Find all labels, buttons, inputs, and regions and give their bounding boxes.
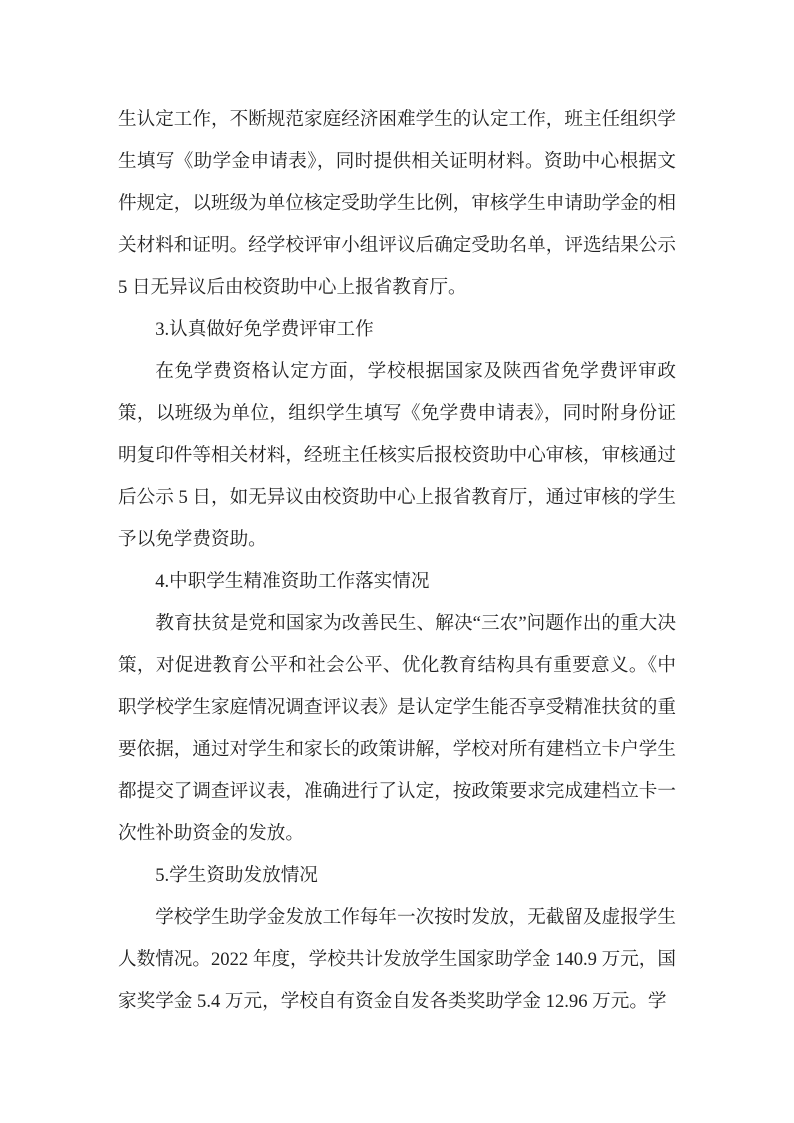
paragraph-aid-disbursement-details: 学校学生助学金发放工作每年一次按时发放，无截留及虚报学生人数情况。2022 年度… <box>118 897 676 1023</box>
paragraph-precision-aid-details: 教育扶贫是党和国家为改善民生、解决“三农”问题作出的重大决策，对促进教育公平和社… <box>118 603 676 855</box>
document-page: 生认定工作，不断规范家庭经济困难学生的认定工作，班主任组织学生填写《助学金申请表… <box>0 0 794 1123</box>
section-heading-5-aid-disbursement: 5.学生资助发放情况 <box>118 855 676 897</box>
document-content: 生认定工作，不断规范家庭经济困难学生的认定工作，班主任组织学生填写《助学金申请表… <box>118 99 676 1023</box>
paragraph-tuition-waiver-process: 在免学费资格认定方面，学校根据国家及陕西省免学费评审政策，以班级为单位，组织学生… <box>118 351 676 561</box>
paragraph-aid-identification-continuation: 生认定工作，不断规范家庭经济困难学生的认定工作，班主任组织学生填写《助学金申请表… <box>118 99 676 309</box>
section-heading-4-precision-aid-implementation: 4.中职学生精准资助工作落实情况 <box>118 561 676 603</box>
section-heading-3-tuition-waiver-review: 3.认真做好免学费评审工作 <box>118 309 676 351</box>
